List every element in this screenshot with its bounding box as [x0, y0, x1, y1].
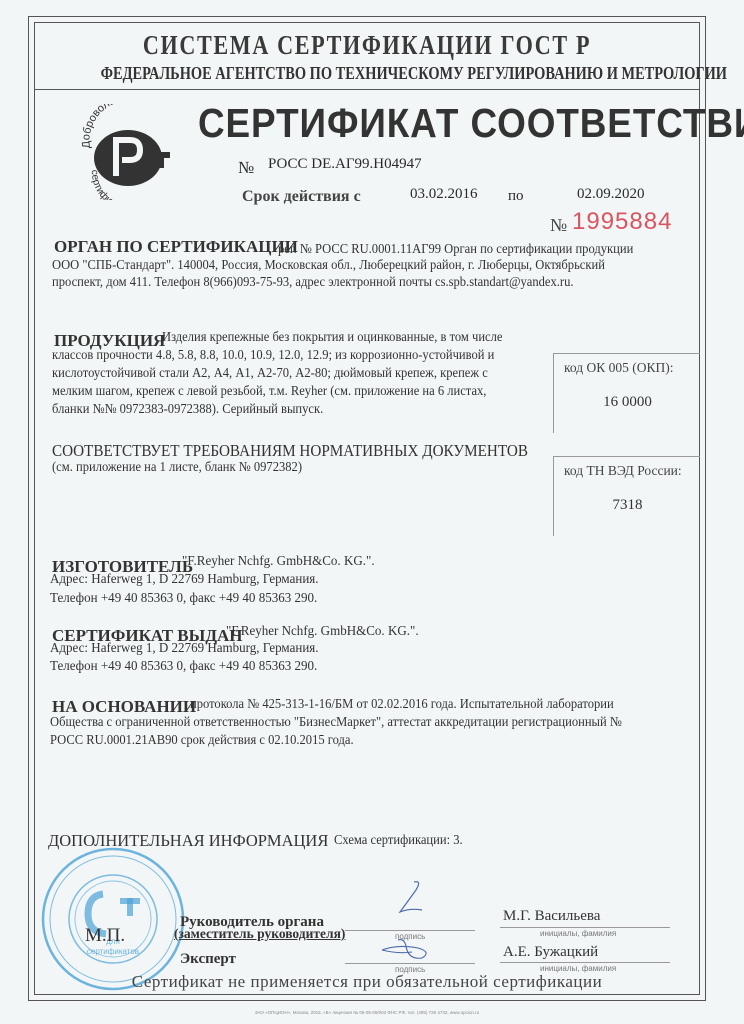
seal-label: М.П.: [85, 925, 125, 947]
basis-line-2: Общества с ограниченной ответственностью…: [50, 713, 622, 731]
head-name: М.Г. Васильева: [503, 908, 600, 925]
footer-note: Сертификат не применяется при обязательн…: [34, 972, 700, 992]
product-line-1: Изделия крепежные без покрытия и оцинков…: [162, 328, 502, 346]
product-line-3: кислотоустойчивой стали А2, А4, А1, А2-7…: [52, 364, 488, 382]
manufacturer-address: Адрес: Haferweg 1, D 22769 Hamburg, Герм…: [50, 571, 319, 589]
tnved-code-value: 7318: [554, 497, 701, 514]
rst-logo-icon: Добровольная сертификация: [78, 104, 178, 200]
okp-code-value: 16 0000: [554, 394, 701, 411]
head-signature-icon: [388, 878, 428, 923]
expert-name: А.Е. Бужацкий: [503, 944, 598, 961]
validity-to-label: по: [508, 188, 524, 205]
certification-body-line-2: ООО "СПБ-Стандарт". 140004, Россия, Моск…: [52, 256, 605, 274]
expert-label: Эксперт: [180, 951, 236, 968]
blank-serial-number: 1995884: [572, 208, 672, 236]
manufacturer-phone: Телефон +49 40 85363 0, факс +49 40 8536…: [50, 590, 317, 608]
issued-to-address: Адрес: Haferweg 1, D 22769 Hamburg, Герм…: [50, 640, 319, 658]
deputy-head-label: (заместитель руководителя): [174, 926, 345, 942]
tnved-code-label: код ТН ВЭД России:: [564, 463, 682, 479]
stamp-inner-text-2: сертификатов: [87, 947, 139, 956]
issued-to-name: "F.Reyher Nchfg. GmbH&Co. KG.".: [226, 623, 419, 641]
product-line-4: мелким шагом, крепеж с левой резьбой, т.…: [52, 382, 486, 400]
system-title: СИСТЕМА СЕРТИФИКАЦИИ ГОСТ Р: [94, 30, 640, 61]
issued-to-phone: Телефон +49 40 85363 0, факс +49 40 8536…: [50, 658, 317, 676]
head-name-caption: инициалы, фамилия: [540, 929, 616, 938]
valid-from: 03.02.2016: [410, 186, 478, 203]
agency-title: ФЕДЕРАЛЬНОЕ АГЕНТСТВО ПО ТЕХНИЧЕСКОМУ РЕ…: [101, 63, 634, 84]
validity-label: Срок действия с: [242, 188, 361, 206]
okp-code-box: код ОК 005 (ОКП): 16 0000: [553, 353, 700, 433]
expert-signature-line: [345, 963, 475, 964]
head-signature-line: [345, 930, 475, 931]
product-line-5: бланки №№ 0972383-0972388). Серийный вып…: [52, 400, 323, 418]
blank-number-sign: №: [550, 215, 567, 236]
certificate-title: СЕРТИФИКАТ СООТВЕТСТВИЯ: [198, 100, 744, 147]
tnved-code-box: код ТН ВЭД России: 7318: [553, 456, 700, 536]
expert-name-line: [500, 962, 670, 963]
additional-info-text: Схема сертификации: 3.: [334, 831, 463, 849]
okp-code-label: код ОК 005 (ОКП):: [564, 360, 673, 376]
number-sign: №: [238, 158, 254, 178]
head-name-line: [500, 927, 670, 928]
basis-line-1: протокола № 425-313-1-16/БМ от 02.02.201…: [190, 695, 614, 713]
compliance-line: (см. приложение на 1 листе, бланк № 0972…: [52, 458, 302, 476]
print-info: ЗАО «ОПЦИОН», Москва, 2015, «Б» лицензия…: [34, 1010, 700, 1015]
certificate-number: РОСС DE.АГ99.Н04947: [268, 156, 422, 173]
certification-body-line-3: проспект, дом 411. Телефон 8(966)093-75-…: [52, 273, 573, 291]
certification-body-heading: ОРГАН ПО СЕРТИФИКАЦИИ: [54, 237, 298, 257]
header-divider: [34, 89, 700, 90]
basis-line-3: РОСС RU.0001.21АВ90 срок действия с 02.1…: [50, 731, 354, 749]
valid-to: 02.09.2020: [577, 186, 645, 203]
manufacturer-name: "F.Reyher Nchfg. GmbH&Co. KG.".: [182, 553, 375, 571]
product-line-2: классов прочности 4.8, 5.8, 8.8, 10.0, 1…: [52, 346, 494, 364]
